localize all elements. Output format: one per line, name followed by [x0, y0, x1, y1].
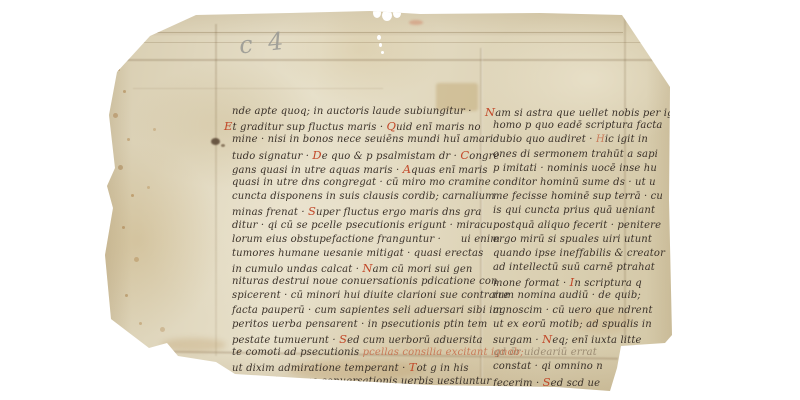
ink-stain [221, 144, 225, 147]
text-span: eq; enī iuxta litte [552, 335, 641, 346]
text-span: ditur · qi cū se pcelle psecutionis erig… [232, 220, 493, 231]
red-pigment-smudge [409, 20, 423, 25]
manuscript-text-line: te comoti ad psecutionis pcellas consili… [232, 346, 488, 360]
rubric-initial: D [312, 148, 321, 162]
text-span: qd ōr uideariū errat [493, 347, 597, 358]
text-span: quando ipse ineffabilis & creator [493, 248, 665, 259]
text-column-right: Nam si astra que uellet nobis per ighomo… [493, 105, 678, 389]
manuscript-text-line: pestate tumuerunt · Sed cum uerborū adue… [232, 332, 488, 346]
manuscript-leaf: c 4 nde apte quoq; in auctoris laude sub… [103, 10, 675, 394]
text-span: ut dixim admiratione temperant · [232, 363, 409, 374]
text-span: uper fluctus ergo maris dns gra [316, 207, 481, 218]
text-span: agnoscim · cū uero que ndrent [493, 305, 653, 316]
manuscript-text-line: ditur · qi cū se pcelle psecutionis erig… [232, 219, 488, 233]
manuscript-text-line: peritos uerba pensarent · in psecutionis… [232, 318, 488, 332]
manuscript-text-line: fecerim · Sed scd ue [493, 375, 678, 389]
text-span: me fecisse hominē sup terrā · cu [493, 191, 663, 202]
manuscript-text-line: conditor hominū sume ds · ut u [493, 176, 678, 190]
text-span: ut ex eorū motib; ad spualis in [493, 319, 652, 330]
rubric-initial: Q [387, 119, 397, 133]
manuscript-text-line: minas frenat · Super fluctus ergo maris … [232, 204, 488, 218]
manuscript-text-line: ne pfectione sue conuersationis uerbis u… [232, 375, 488, 389]
text-span: ot g in his [417, 363, 469, 374]
hole-damage [379, 43, 382, 47]
text-column-left: nde apte quoq; in auctoris laude subiung… [232, 105, 488, 389]
text-span: nde apte quoq; in auctoris laude subiung… [232, 106, 472, 117]
manuscript-text-line: Et graditur sup fluctus maris · Quid enī… [224, 119, 488, 133]
text-span: ne pfectione sue conuersationis uerbis u… [232, 376, 491, 387]
manuscript-text-line: in cumulo undas calcat · Nam cū mori sui… [232, 261, 488, 275]
manuscript-photo: c 4 nde apte quoq; in auctoris laude sub… [0, 0, 800, 400]
manuscript-text-line: p imitati · nominis uocē inse hu [493, 162, 678, 176]
rubric-initial: A [403, 162, 411, 176]
text-span: am si astra que uellet nobis per ig [495, 108, 673, 119]
text-span: fecerim · [493, 378, 543, 389]
text-span: quasi in utre dns congregat · cū miro mo… [232, 177, 491, 188]
fold-crease [103, 59, 672, 61]
text-span: ui enim [441, 234, 500, 245]
manuscript-text-line: ut ex eorū motib; ad spualis in [493, 318, 678, 332]
manuscript-text-line: cuncta disponens in suis clausis cordib;… [232, 190, 488, 204]
text-span: pestate tumuerunt · [232, 335, 339, 346]
text-span: conditor hominū sume ds · ut u [493, 177, 656, 188]
text-span: in cumulo undas calcat · [232, 264, 362, 275]
text-span: H [596, 134, 605, 145]
text-span: ed scd ue [551, 378, 601, 389]
rubric-initial: E [224, 119, 233, 133]
fold-crease [133, 88, 383, 89]
text-span: ic igit in [605, 134, 648, 145]
manuscript-text-line: ad intellectū suū carnē ptrahat [493, 261, 678, 275]
rubric-initial: N [542, 332, 552, 346]
text-span: tumores humane uesanie mitigat · quasi e… [232, 248, 483, 259]
manuscript-text-line: ergo mirū si spuales uiri utunt [493, 233, 678, 247]
text-span: homo p quo eadē scriptura facta [493, 120, 663, 131]
manuscript-text-line: agnoscim · cū uero que ndrent [493, 304, 678, 318]
manuscript-text-line: lorum eius obstupefactione franguntur · … [232, 233, 488, 247]
hole-damage [393, 9, 401, 18]
text-span: facta pauperū · cum sapientes seli aduer… [232, 305, 502, 316]
text-span: e quo & p psalmistam dr · [322, 151, 461, 162]
manuscript-text-line: ones di sermonem trahūt a sapi [493, 148, 678, 162]
text-span: postquā aliquo fecerit · penitere [493, 220, 661, 231]
manuscript-text-line: Nam si astra que uellet nobis per ig [485, 105, 678, 119]
rubric-initial: S [543, 375, 551, 389]
text-span: te comoti ad psecutionis [232, 347, 363, 358]
manuscript-text-line: mine · nisi in bonos nece seuiēns mundi … [232, 133, 488, 147]
text-span: surgam · [493, 335, 542, 346]
fold-crease [143, 32, 623, 33]
text-span: cuncta disponens in suis clausis cordib;… [232, 191, 495, 202]
text-span: ergo mirū si spuales uiri utunt [493, 234, 652, 245]
text-span: dubio quo audiret · [493, 134, 596, 145]
manuscript-text-line: qd ōr uideariū errat [493, 346, 678, 360]
text-span: lorum eius obstupefactione franguntur · [232, 234, 441, 245]
hole-damage [377, 35, 381, 40]
text-span: n scriptura q [574, 278, 641, 289]
manuscript-text-line: is qui cuncta prius quā ueniant [493, 204, 678, 218]
text-span: mine · nisi in bonos nece seuiēns mundi … [232, 134, 493, 145]
manuscript-text-line: gans quasi in utre aquas maris · Aquas e… [232, 162, 488, 176]
rubric-initial: N [362, 261, 372, 275]
text-span: spicerent · cū minori hui diuite clarion… [232, 290, 509, 301]
text-span: peritos uerba pensarent · in psecutionis… [232, 319, 487, 330]
text-span: tudo signatur · [232, 151, 312, 162]
text-span: mone format · [493, 278, 570, 289]
hole-damage [373, 8, 381, 18]
manuscript-text-line: me fecisse hominē sup terrā · cu [493, 190, 678, 204]
stain [161, 338, 226, 352]
text-span: ones di sermonem trahūt a sapi [493, 149, 658, 160]
text-span: minas frenat · [232, 207, 308, 218]
manuscript-text-line: ut dixim admiratione temperant · Tot g i… [232, 360, 488, 374]
text-span: rum nomina audiū · de quib; [493, 290, 641, 301]
manuscript-text-line: facta pauperū · cum sapientes seli aduer… [232, 304, 488, 318]
manuscript-text-line: tumores humane uesanie mitigat · quasi e… [232, 247, 488, 261]
foxing-speckles [117, 68, 120, 71]
manuscript-text-line: nituras destrui noue conuersationis pdic… [232, 275, 488, 289]
text-span: gans quasi in utre aquas maris · [232, 165, 403, 176]
text-span: p imitati · nominis uocē inse hu [493, 163, 657, 174]
ink-stain [211, 138, 220, 145]
text-span: quas enī maris [411, 165, 488, 176]
rubric-initial: C [460, 148, 469, 162]
manuscript-text-line: postquā aliquo fecerit · penitere [493, 219, 678, 233]
rubric-initial: S [308, 204, 316, 218]
manuscript-text-line: spicerent · cū minori hui diuite clarion… [232, 289, 488, 303]
rubric-initial: N [485, 105, 495, 119]
fold-crease [131, 42, 643, 43]
manuscript-text-line: homo p quo eadē scriptura facta [493, 119, 678, 133]
manuscript-text-line: mone format · In scriptura q [493, 275, 678, 289]
manuscript-text-line: nde apte quoq; in auctoris laude subiung… [232, 105, 488, 119]
hole-damage [382, 10, 392, 21]
manuscript-text-line: surgam · Neq; enī iuxta litte [493, 332, 678, 346]
text-span: am cū mori sui gen [373, 264, 473, 275]
text-span: ad intellectū suū carnē ptrahat [493, 262, 655, 273]
text-span: is qui cuncta prius quā ueniant [493, 205, 655, 216]
text-span: ed cum uerborū aduersita [347, 335, 483, 346]
text-span: t graditur sup fluctus maris · [233, 122, 387, 133]
manuscript-text-line: constat · qi omnino n [493, 360, 678, 374]
text-span: uid enī maris no [396, 122, 481, 133]
text-span: nituras destrui noue conuersationis pdic… [232, 276, 498, 287]
text-span: constat · qi omnino n [493, 361, 603, 372]
hole-damage [381, 51, 384, 54]
manuscript-text-line: tudo signatur · De quo & p psalmistam dr… [232, 148, 488, 162]
fold-crease [215, 24, 217, 356]
manuscript-text-line: dubio quo audiret · Hic igit in [493, 133, 678, 147]
manuscript-text-line: rum nomina audiū · de quib; [493, 289, 678, 303]
manuscript-text-line: quando ipse ineffabilis & creator [493, 247, 678, 261]
manuscript-text-line: quasi in utre dns congregat · cū miro mo… [232, 176, 488, 190]
rubric-initial: S [339, 332, 347, 346]
rubric-initial: T [409, 360, 417, 374]
pencil-inscription: c 4 [238, 28, 289, 59]
